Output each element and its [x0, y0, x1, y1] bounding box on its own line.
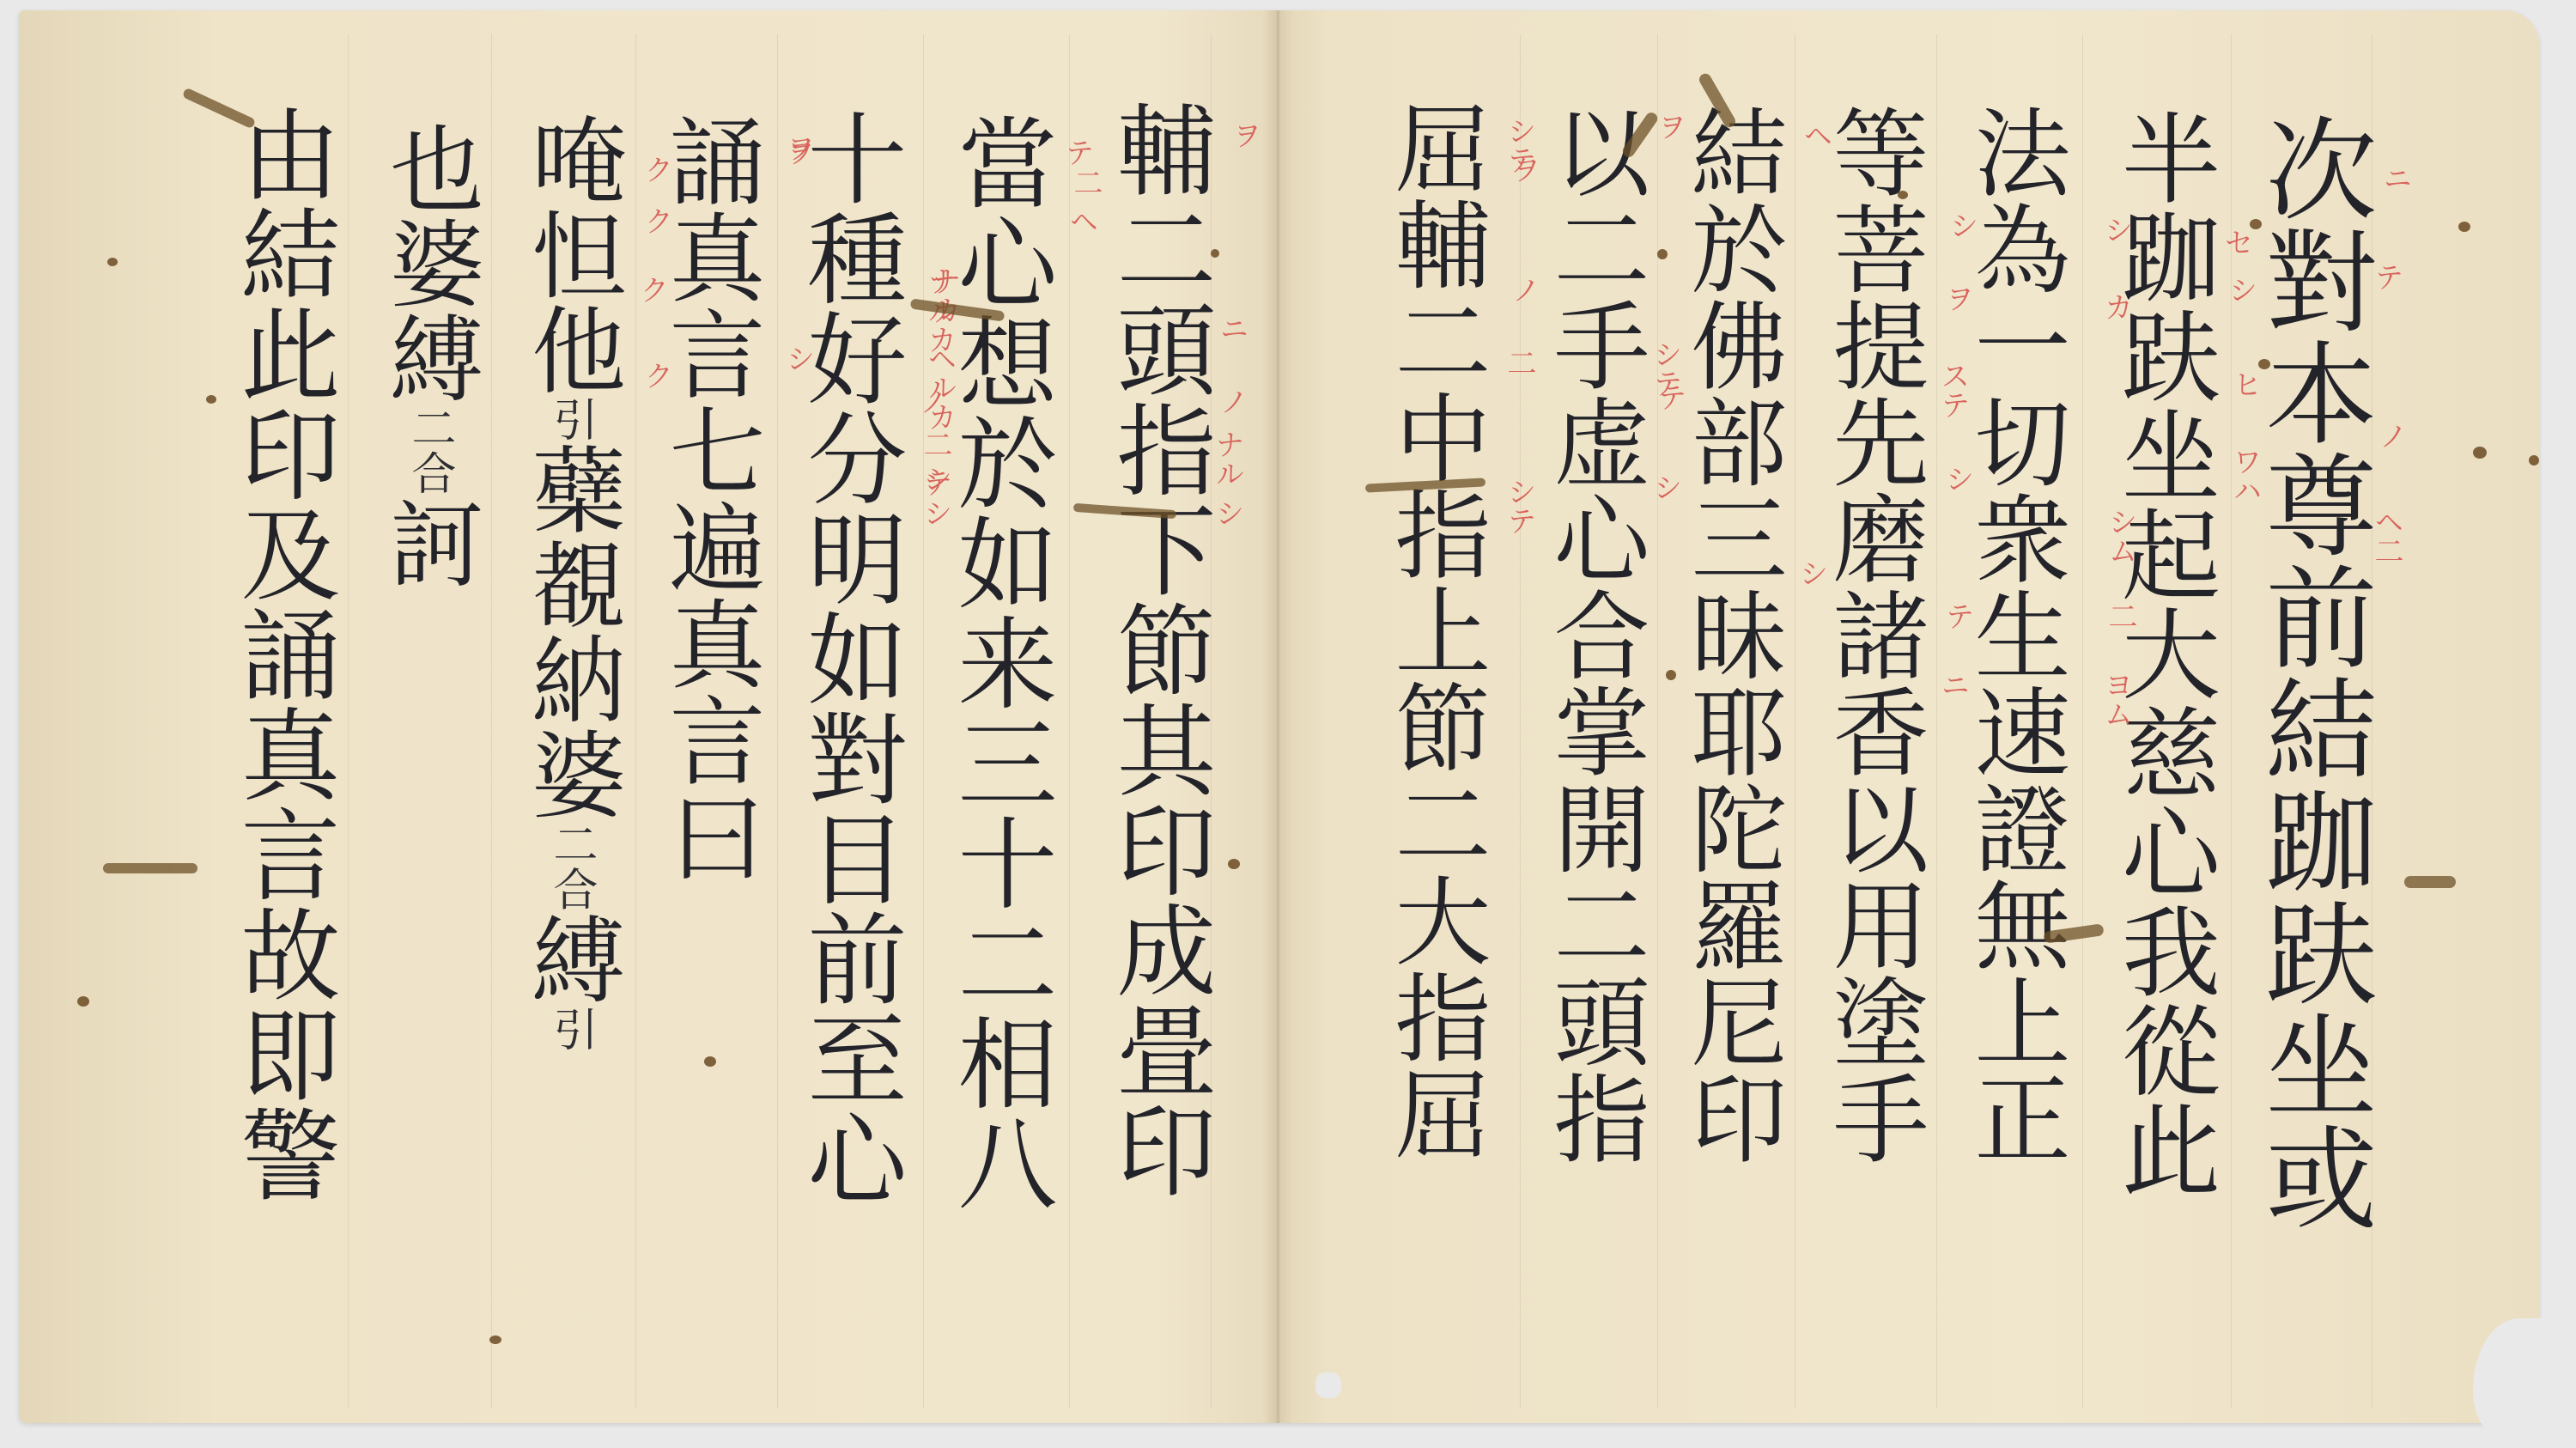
wormhole — [489, 1335, 501, 1344]
kunten-mark: 二 — [2099, 601, 2142, 630]
kunten-mark: ノ — [2370, 421, 2412, 450]
wormhole — [2473, 447, 2487, 459]
kunten-mark: ノ — [1211, 386, 1253, 416]
ruling-line — [923, 34, 924, 1408]
mantra-syllables-2: 蘗覩納婆 — [516, 441, 626, 821]
mantra-syllables-2: 訶 — [374, 496, 484, 591]
wormhole — [206, 395, 216, 404]
text-column-right-5: 結於佛部三昧耶陀羅尼印 — [1683, 103, 1779, 1166]
ruling-line — [1936, 34, 1937, 1408]
kunten-mark: ノ — [1503, 275, 1545, 304]
kunten-mark: カ — [2095, 292, 2137, 321]
kunten-mark: シ — [1644, 472, 1686, 502]
text-column-right-7: 屈輔二中指上節二大指屈 — [1387, 99, 1483, 1162]
kunten-mark: シ — [1790, 558, 1832, 587]
kunten-mark: ヘ — [1795, 120, 1837, 149]
mantra-syllables-1: 也婆縛 — [374, 120, 484, 405]
text-column-left-3: 十種好分明如對目前至心 — [799, 107, 898, 1208]
kunten-mark: セ — [2215, 228, 2257, 257]
ruling-line — [1795, 34, 1795, 1408]
kunten-mark: ステ — [1932, 361, 1974, 419]
kunten-mark: シ — [2220, 275, 2262, 304]
kunten-mark: ノ — [910, 386, 952, 416]
mantra-syllables-3: 縛 — [516, 911, 626, 1007]
kunten-mark: ヲ — [777, 137, 819, 167]
kunten-mark: ヒ — [2224, 369, 2266, 399]
text-column-left-1: 輔二頭指下節其印成畳印 — [1108, 99, 1207, 1200]
kunten-mark: シ — [1206, 498, 1249, 527]
kunten-mark: シム — [2099, 507, 2142, 565]
text-column-left-7: 由結此印及誦真言故即警 — [232, 103, 331, 1204]
wormhole — [77, 996, 89, 1007]
wormhole — [2529, 455, 2539, 465]
kunten-mark: ヘ二 — [2366, 507, 2408, 565]
kunten-mark: テ — [1936, 601, 1978, 630]
kunten-mark: シ — [777, 344, 819, 373]
text-column-left-6-dharani: 也婆縛二合訶 — [382, 120, 477, 590]
kunten-mark: シ — [914, 498, 957, 527]
pronunciation-note: 二合 — [545, 821, 597, 911]
kunten-mark: テ — [1649, 382, 1691, 411]
kunten-mark: ワハ — [2224, 447, 2266, 505]
kunten-mark: 二 — [1498, 348, 1540, 377]
text-column-right-2: 半跏趺坐起大慈心我從此 — [2112, 107, 2211, 1199]
ruling-line — [777, 34, 778, 1408]
ruling-line — [635, 34, 636, 1408]
text-column-right-3: 法為一切衆生速證無上正 — [1966, 103, 2063, 1166]
ruling-line — [1657, 34, 1658, 1408]
kunten-mark: シ — [1936, 464, 1978, 493]
worm-track — [2404, 876, 2456, 888]
kunten-mark: ニ — [2374, 163, 2416, 192]
kunten-mark: ヨム — [2095, 670, 2137, 728]
pronunciation-note: 引 — [545, 1007, 597, 1052]
text-column-right-4: 等菩提先磨諸香以用塗手 — [1825, 103, 1921, 1166]
wormhole — [107, 258, 118, 266]
kunten-mark: テ — [1056, 137, 1098, 167]
kunten-mark: シテ — [1498, 477, 1540, 535]
wormhole — [1666, 670, 1676, 680]
paper-tear — [1315, 1372, 1341, 1398]
wormhole — [2250, 219, 2262, 229]
kunten-mark: ク — [635, 206, 677, 235]
kunten-mark: ヲ — [1936, 283, 1978, 313]
page-fold — [1262, 10, 1293, 1423]
ruling-line — [1520, 34, 1521, 1408]
kunten-mark: シ — [1941, 210, 1983, 240]
wormhole — [1228, 859, 1240, 869]
mantra-syllables-1: 唵怛他 — [516, 112, 626, 397]
worm-track — [103, 863, 197, 873]
kunten-mark: ク — [635, 361, 677, 390]
kunten-mark: ク — [631, 275, 673, 304]
kunten-mark: ニ — [1932, 670, 1974, 699]
kunten-mark: テ — [2366, 262, 2408, 291]
kunten-mark: ヲ — [1224, 120, 1266, 149]
kunten-mark: 二 — [1065, 167, 1107, 197]
wormhole — [1211, 249, 1219, 258]
kunten-mark: ヲ — [1503, 155, 1545, 184]
text-column-right-1: 次對本尊前結跏趺坐或 — [2257, 112, 2368, 1232]
ruling-line — [1069, 34, 1070, 1408]
kunten-mark: 二 — [914, 429, 957, 459]
kunten-mark: ヘ — [1060, 206, 1103, 235]
ruling-line — [491, 34, 492, 1408]
kunten-mark: シ — [2095, 215, 2137, 244]
pronunciation-note: 引 — [545, 397, 597, 442]
ruling-line — [348, 34, 349, 1408]
wormhole — [1898, 191, 1908, 199]
ruling-line — [2082, 34, 2083, 1408]
wormhole — [1657, 249, 1668, 259]
wormhole — [2458, 222, 2470, 232]
text-column-left-5-dharani: 唵怛他引蘗覩納婆二合縛引 — [524, 112, 618, 1051]
wormhole — [2258, 359, 2270, 369]
kunten-mark: ナル — [1206, 429, 1249, 488]
wormhole — [704, 1056, 716, 1067]
pronunciation-note: 二合 — [404, 405, 455, 496]
text-column-right-6: 以二手虚心合掌開二頭指 — [1546, 103, 1642, 1166]
kunten-mark: テ — [914, 468, 957, 497]
kunten-mark: ニ — [1211, 313, 1253, 343]
kunten-mark: ク — [635, 155, 677, 184]
